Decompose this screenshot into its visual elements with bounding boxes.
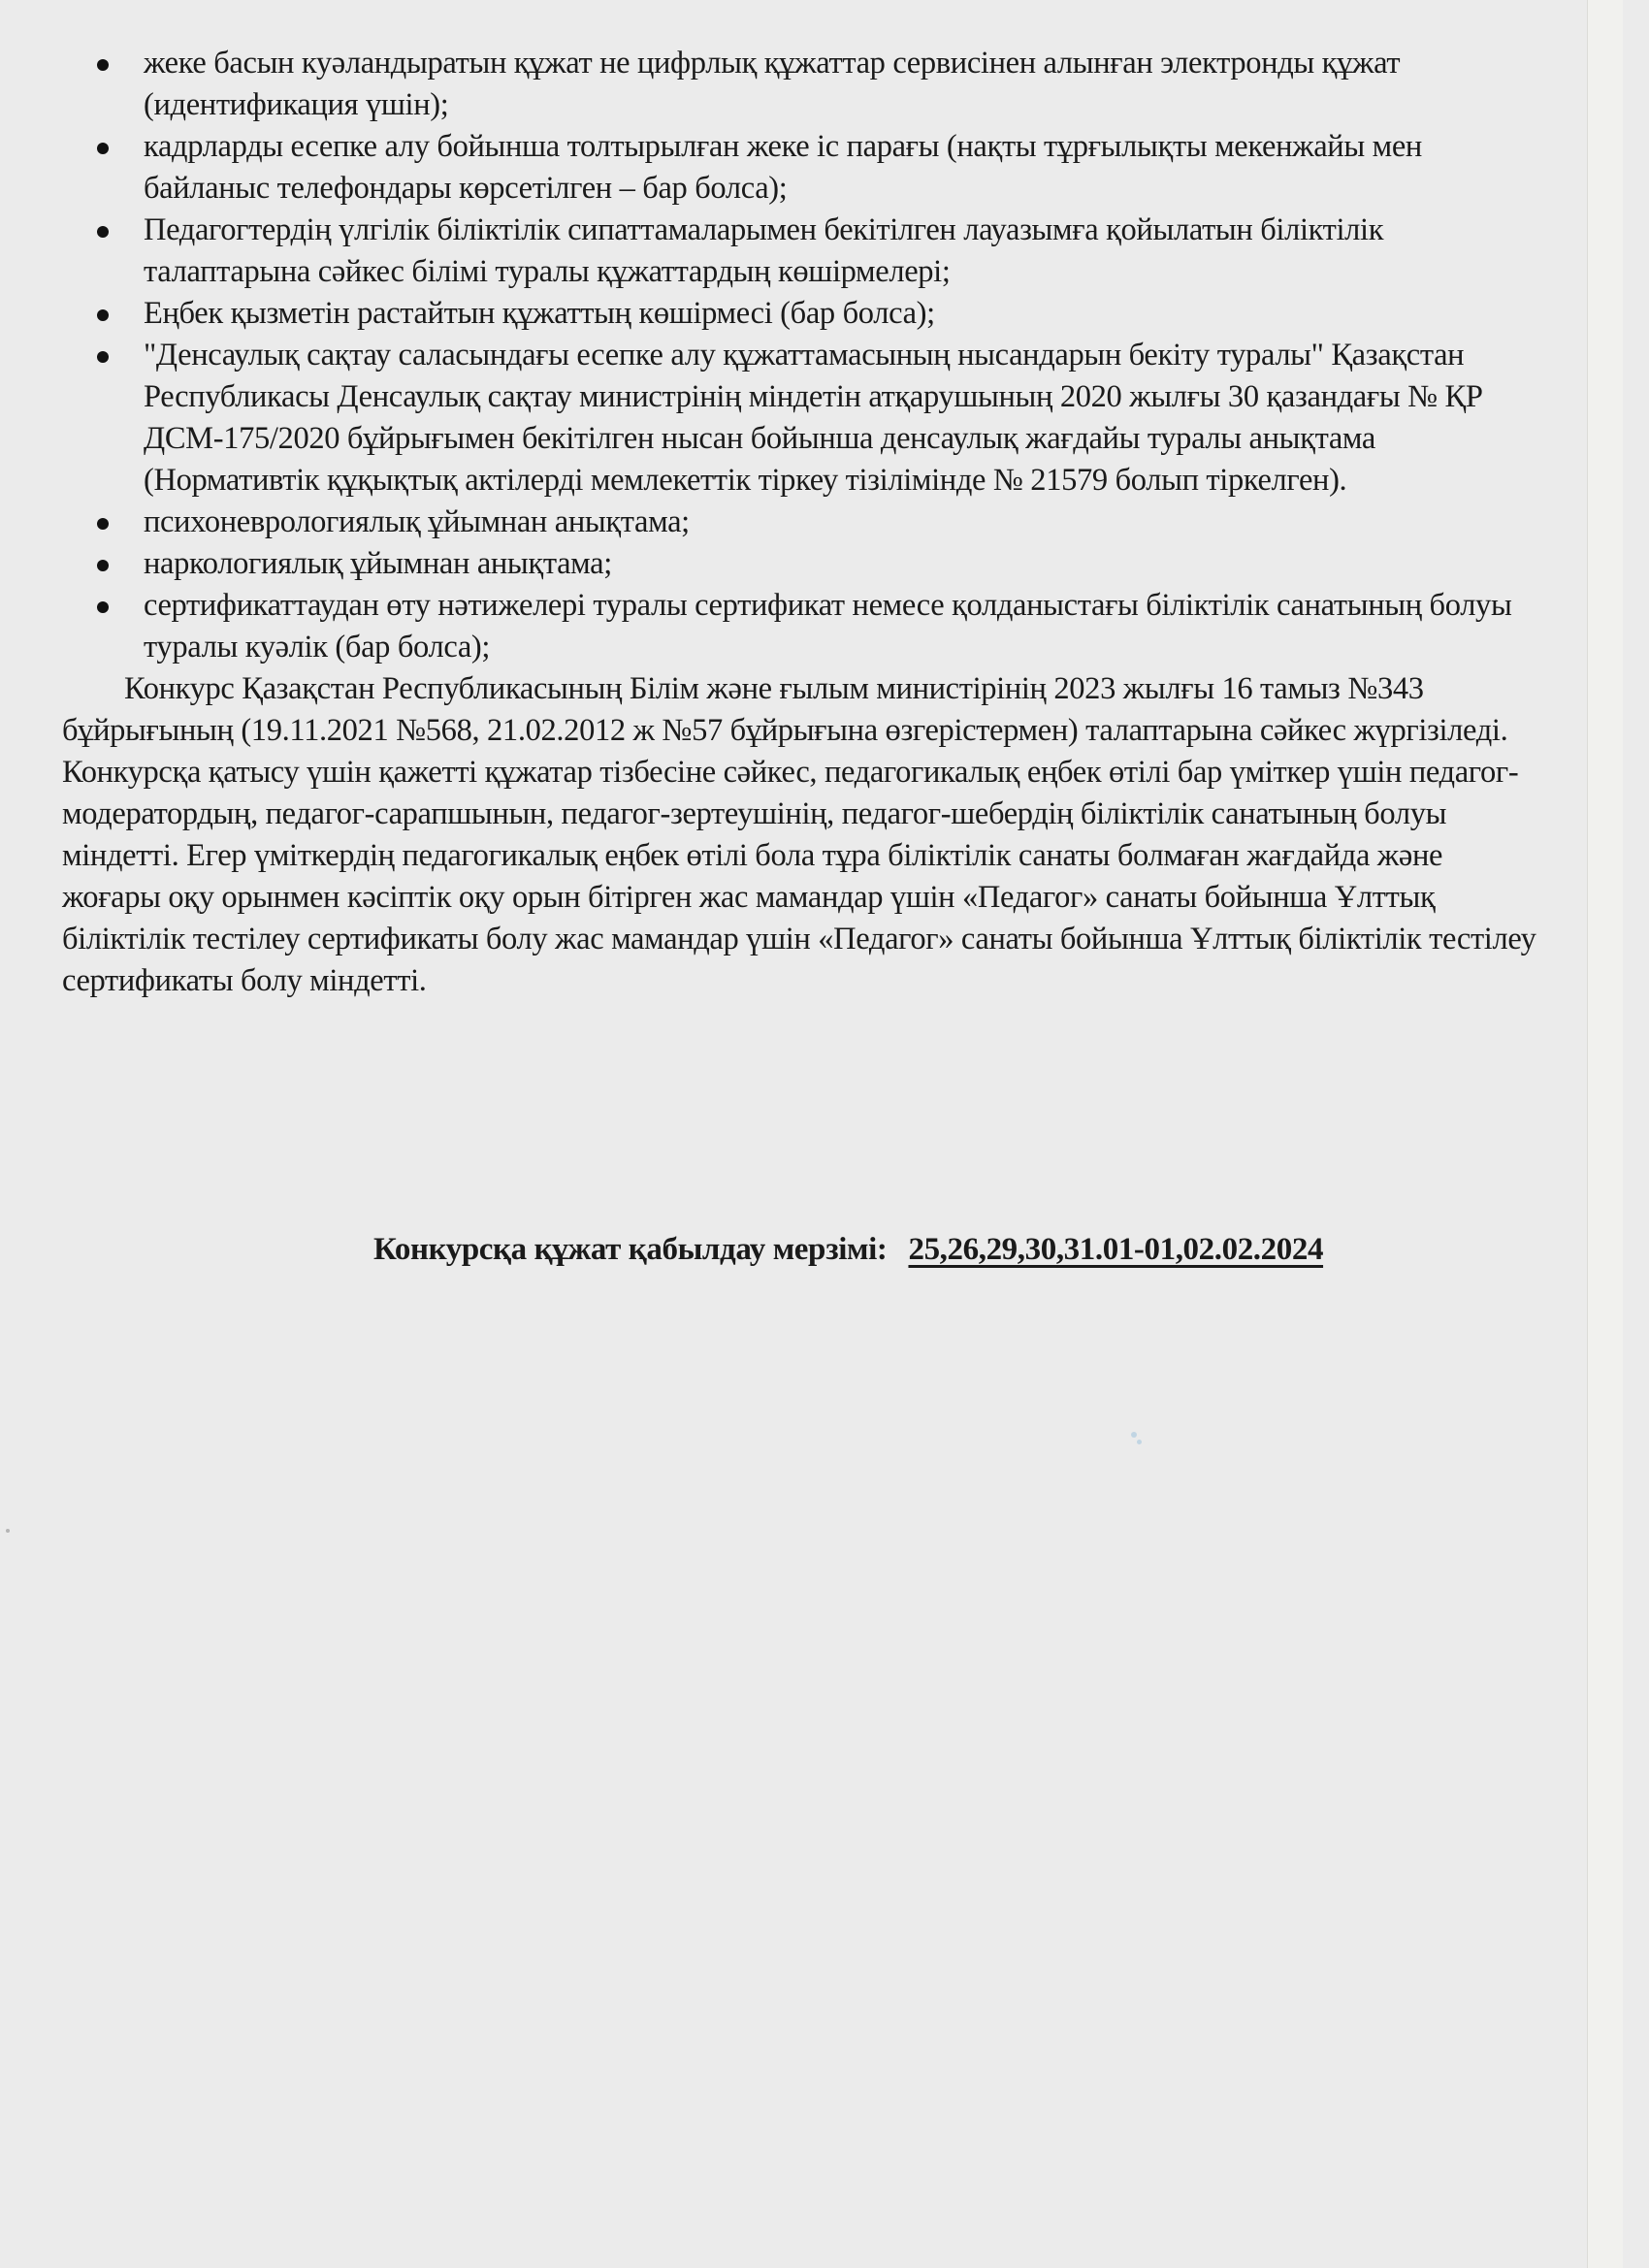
list-item: "Денсаулық сақтау саласындағы есепке алу… [62, 335, 1536, 502]
scan-artifact [6, 1529, 10, 1533]
list-item-text: сертификаттаудан өту нәтижелері туралы с… [144, 588, 1511, 664]
qualification-requirement-paragraph: Конкурсқа қатысу үшін қажетті құжатар ті… [62, 752, 1536, 1002]
bullet-icon [97, 518, 109, 530]
list-item: Педагогтердің үлгілік біліктілік сипатта… [62, 210, 1536, 293]
list-item-text: Еңбек қызметін растайтын құжаттың көшірм… [144, 296, 935, 331]
submission-deadline: Конкурсқа құжат қабылдау мерзімі:25,26,2… [373, 1232, 1323, 1268]
deadline-label: Конкурсқа құжат қабылдау мерзімі: [373, 1232, 887, 1267]
list-item-text: Педагогтердің үлгілік біліктілік сипатта… [144, 212, 1383, 289]
list-item: кадрларды есепке алу бойынша толтырылған… [62, 126, 1536, 210]
bullet-icon [97, 59, 109, 71]
list-item: Еңбек қызметін растайтын құжаттың көшірм… [62, 293, 1536, 335]
bullet-icon [97, 309, 109, 321]
scan-artifact [1131, 1432, 1137, 1438]
bullet-icon [97, 560, 109, 571]
bullet-icon [97, 601, 109, 613]
scanned-page-edge [1587, 0, 1623, 2268]
list-item: сертификаттаудан өту нәтижелері туралы с… [62, 585, 1536, 668]
competition-regulation-paragraph: Конкурс Қазақстан Республикасының Білім … [62, 668, 1536, 752]
list-item: жеке басын куәландыратын құжат не цифрлы… [62, 43, 1536, 126]
required-documents-list: жеке басын куәландыратын құжат не цифрлы… [62, 43, 1536, 668]
bullet-icon [97, 226, 109, 238]
list-item-text: психоневрологиялық ұйымнан анықтама; [144, 504, 690, 539]
list-item-text: жеке басын куәландыратын құжат не цифрлы… [144, 46, 1400, 122]
list-item-text: кадрларды есепке алу бойынша толтырылған… [144, 129, 1422, 206]
list-item: наркологиялық ұйымнан анықтама; [62, 543, 1536, 585]
document-body: жеке басын куәландыратын құжат не цифрлы… [62, 43, 1536, 1002]
list-item: психоневрологиялық ұйымнан анықтама; [62, 502, 1536, 543]
list-item-text: "Денсаулық сақтау саласындағы есепке алу… [144, 338, 1483, 498]
bullet-icon [97, 143, 109, 154]
scan-artifact [1137, 1440, 1142, 1444]
list-item-text: наркологиялық ұйымнан анықтама; [144, 546, 612, 581]
bullet-icon [97, 351, 109, 363]
deadline-dates: 25,26,29,30,31.01-01,02.02.2024 [908, 1232, 1323, 1267]
